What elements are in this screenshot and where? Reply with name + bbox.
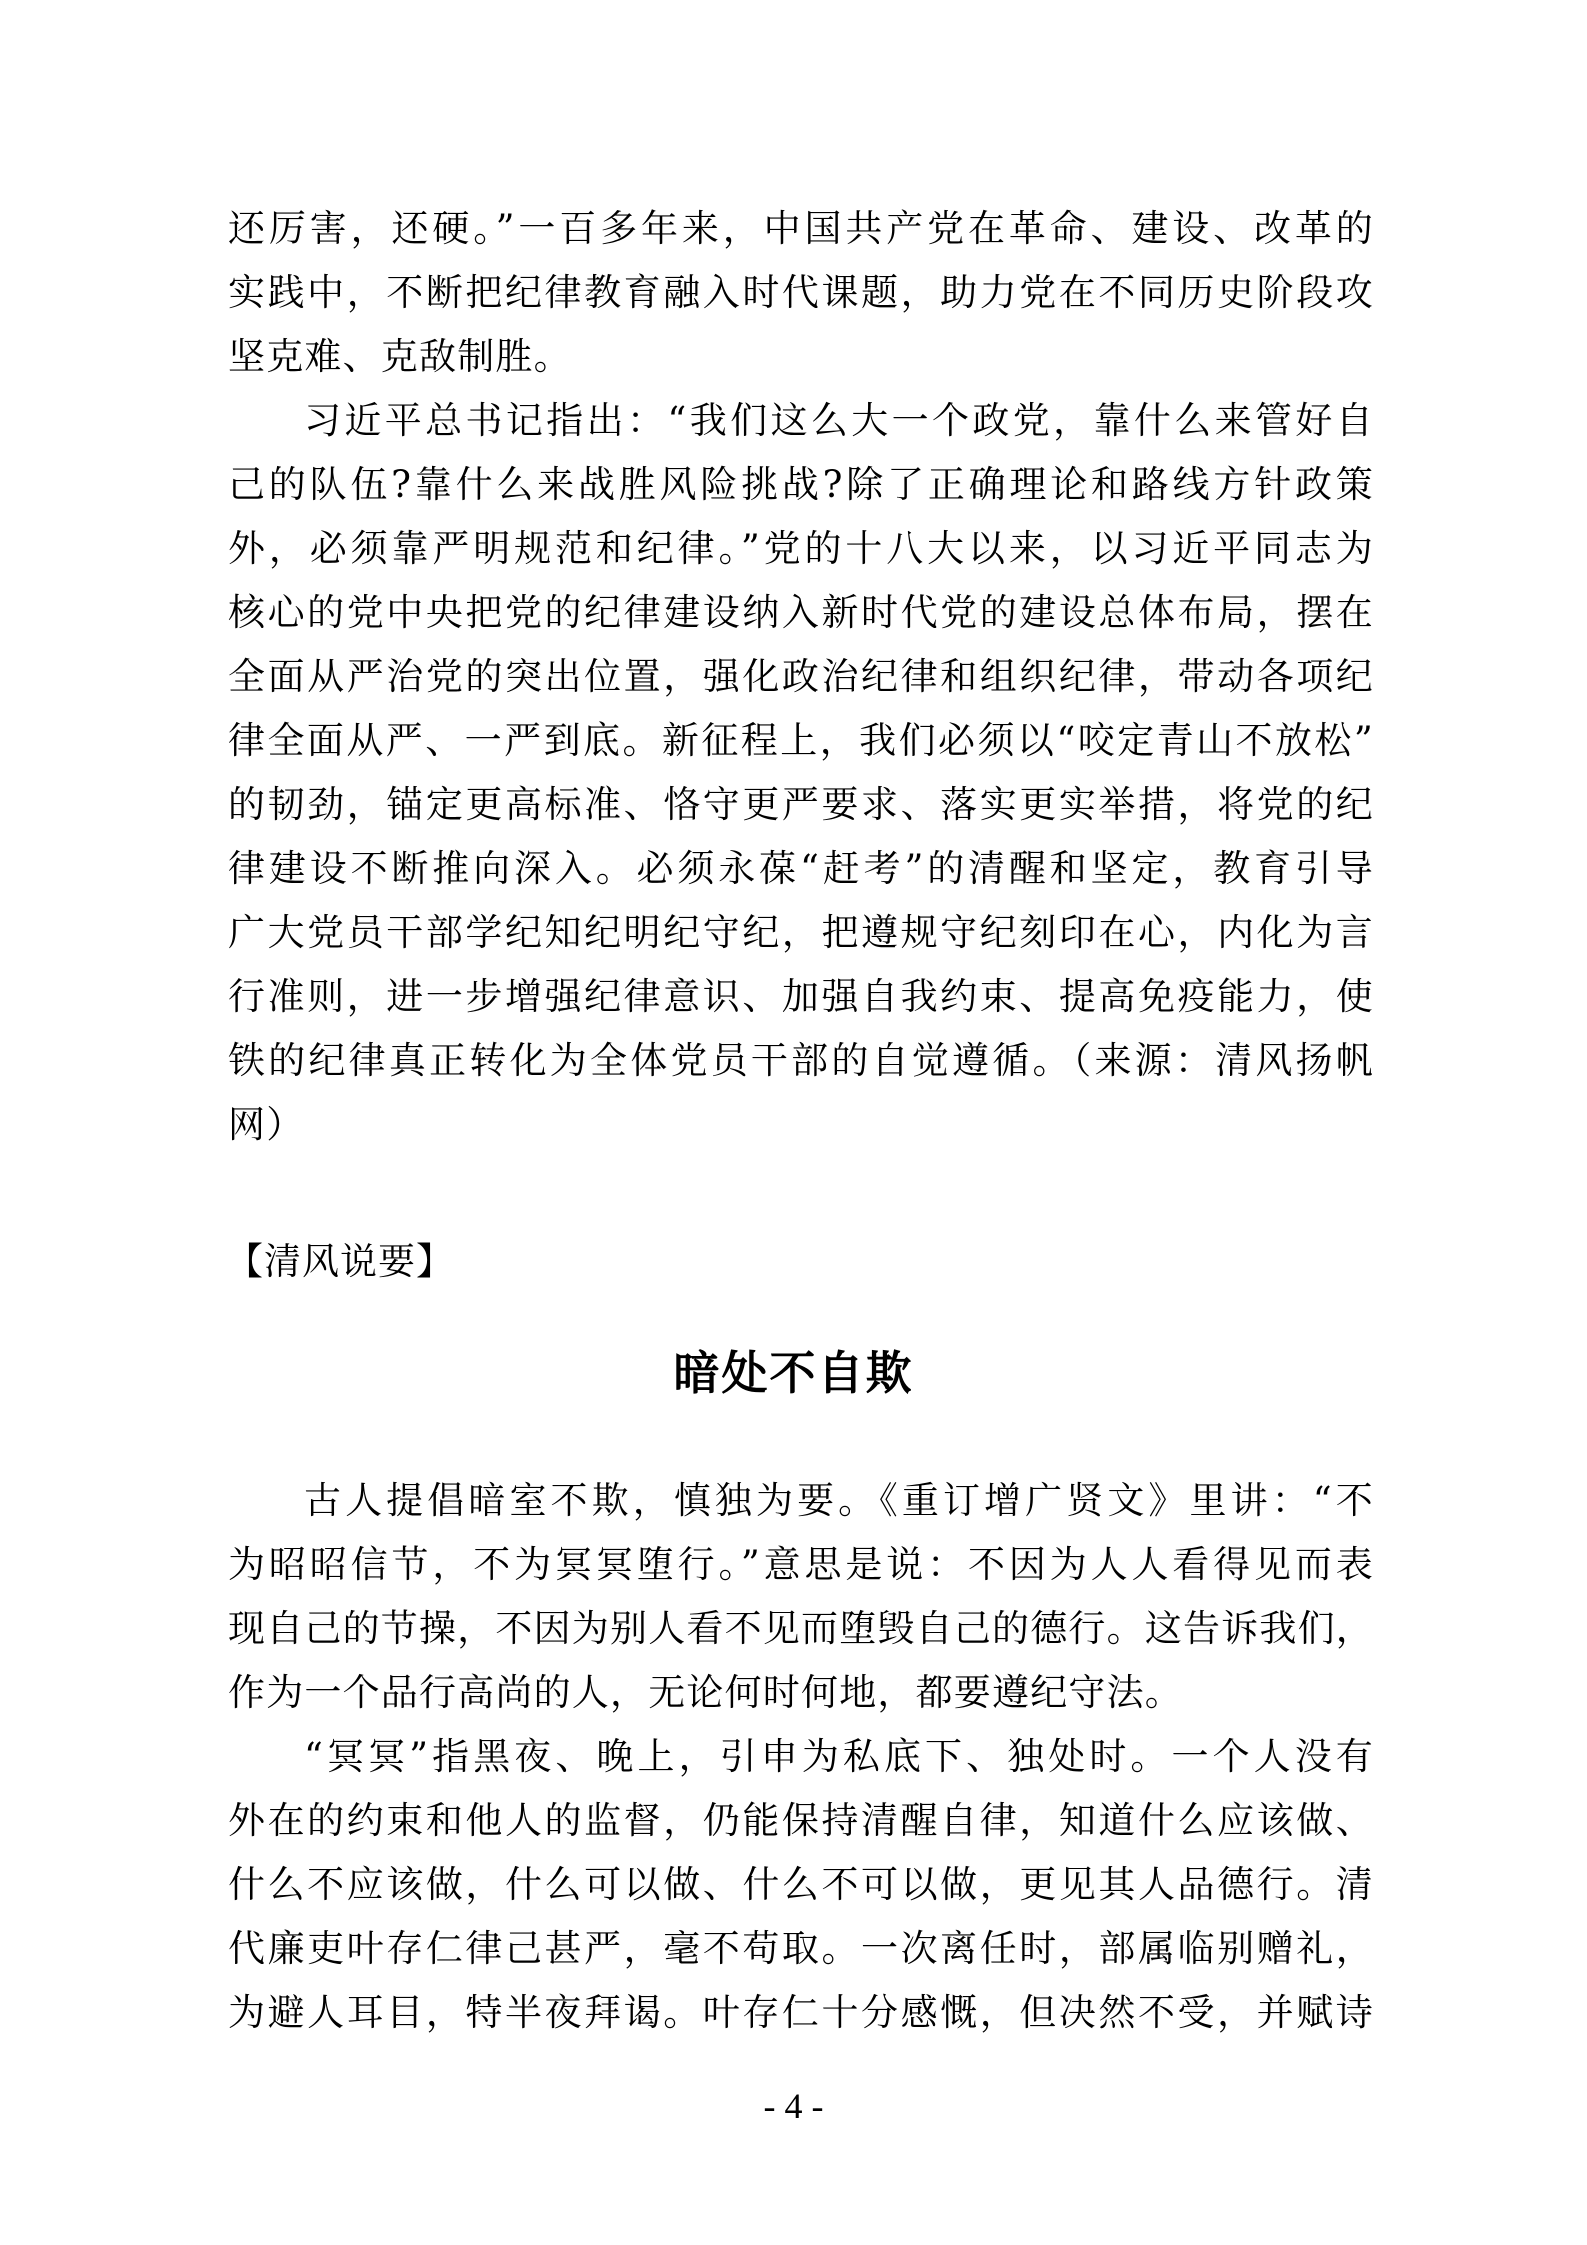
- paragraph-line: 习近平总书记指出：“我们这么大一个政党，靠什么来管好自: [228, 389, 1374, 453]
- paragraph-line: 现自己的节操，不因为别人看不见而堕毁自己的德行。这告诉我们，: [228, 1597, 1374, 1661]
- paragraph-line: 作为一个品行高尚的人，无论何时何地，都要遵纪守法。: [228, 1661, 1374, 1725]
- paragraph-line: 律建设不断推向深入。必须永葆“赶考”的清醒和坚定，教育引导: [228, 837, 1374, 901]
- paragraph-line: 的韧劲，锚定更高标准、恪守更严要求、落实更实举措，将党的纪: [228, 773, 1374, 837]
- paragraph-line: 什么不应该做，什么可以做、什么不可以做，更见其人品德行。清: [228, 1853, 1374, 1917]
- paragraph-line: 铁的纪律真正转化为全体党员干部的自觉遵循。（来源：清风扬帆: [228, 1029, 1374, 1093]
- paragraph-line: 己的队伍?靠什么来战胜风险挑战?除了正确理论和路线方针政策: [228, 453, 1374, 517]
- paragraph-line: 古人提倡暗室不欺，慎独为要。《重订增广贤文》里讲：“不: [228, 1469, 1374, 1533]
- paragraph-line: 网）: [228, 1093, 1374, 1157]
- paragraph-line: 为昭昭信节，不为冥冥堕行。”意思是说：不因为人人看得见而表: [228, 1533, 1374, 1597]
- article-paragraph-2: “冥冥”指黑夜、晚上，引申为私底下、独处时。一个人没有 外在的约束和他人的监督，…: [228, 1725, 1374, 2045]
- article-title: 暗处不自欺: [0, 1341, 1587, 1405]
- paragraph-line: 代廉吏叶存仁律己甚严，毫不苟取。一次离任时，部属临别赠礼，: [228, 1917, 1374, 1981]
- paragraph-line: 全面从严治党的突出位置，强化政治纪律和组织纪律，带动各项纪: [228, 645, 1374, 709]
- paragraph-line: 广大党员干部学纪知纪明纪守纪，把遵规守纪刻印在心，内化为言: [228, 901, 1374, 965]
- paragraph-line: 为避人耳目，特半夜拜谒。叶存仁十分感慨，但决然不受，并赋诗: [228, 1981, 1374, 2045]
- paragraph-line: “冥冥”指黑夜、晚上，引申为私底下、独处时。一个人没有: [228, 1725, 1374, 1789]
- paragraph-line: 行准则，进一步增强纪律意识、加强自我约束、提高免疫能力，使: [228, 965, 1374, 1029]
- article-paragraph-1: 古人提倡暗室不欺，慎独为要。《重订增广贤文》里讲：“不 为昭昭信节，不为冥冥堕行…: [228, 1469, 1374, 1725]
- paragraph-line: 律全面从严、一严到底。新征程上，我们必须以“咬定青山不放松”: [228, 709, 1374, 773]
- document-page: 还厉害，还硬。”一百多年来，中国共产党在革命、建设、改革的 实践中，不断把纪律教…: [0, 0, 1587, 2245]
- paragraph-line: 还厉害，还硬。”一百多年来，中国共产党在革命、建设、改革的: [228, 197, 1374, 261]
- paragraph-line: 外，必须靠严明规范和纪律。”党的十八大以来，以习近平同志为: [228, 517, 1374, 581]
- section-tag: 【清风说要】: [226, 1230, 454, 1294]
- paragraph-line: 实践中，不断把纪律教育融入时代课题，助力党在不同历史阶段攻: [228, 261, 1374, 325]
- paragraph-line: 坚克难、克敌制胜。: [228, 325, 1374, 389]
- page-number: - 4 -: [0, 2084, 1587, 2128]
- quote-paragraph: 习近平总书记指出：“我们这么大一个政党，靠什么来管好自 己的队伍?靠什么来战胜风…: [228, 389, 1374, 1157]
- paragraph-line: 外在的约束和他人的监督，仍能保持清醒自律，知道什么应该做、: [228, 1789, 1374, 1853]
- paragraph-line: 核心的党中央把党的纪律建设纳入新时代党的建设总体布局，摆在: [228, 581, 1374, 645]
- continued-paragraph: 还厉害，还硬。”一百多年来，中国共产党在革命、建设、改革的 实践中，不断把纪律教…: [228, 197, 1374, 389]
